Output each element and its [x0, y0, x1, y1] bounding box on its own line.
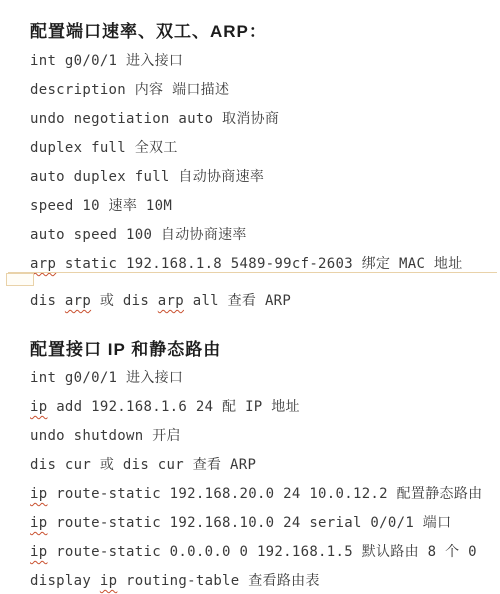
command-line: int g0/0/1 进入接口: [30, 47, 498, 76]
command-text: speed 10 速率 10M: [30, 198, 172, 214]
command-line: dis arp 或 dis arp all 查看 ARP: [30, 287, 498, 316]
command-text: display: [30, 573, 100, 589]
empty-cell-artifact: [6, 273, 34, 286]
misspelled-word: arp: [158, 293, 184, 309]
command-text: auto duplex full 自动协商速率: [30, 169, 264, 185]
command-text: auto speed 100 自动协商速率: [30, 227, 247, 243]
command-line: auto speed 100 自动协商速率: [30, 221, 498, 250]
command-line: ip route-static 192.168.10.0 24 serial 0…: [30, 509, 498, 538]
command-line: arp static 192.168.1.8 5489-99cf-2603 绑定…: [30, 250, 498, 279]
command-line: ip route-static 192.168.20.0 24 10.0.12.…: [30, 480, 498, 509]
command-line: description 内容 端口描述: [30, 76, 498, 105]
misspelled-word: ip: [30, 486, 47, 502]
command-text: route-static 192.168.10.0 24 serial 0/0/…: [47, 515, 451, 531]
command-text: static 192.168.1.8 5489-99cf-2603 绑定 MAC…: [56, 256, 462, 272]
section-port-config: 配置端口速率、双工、ARP： int g0/0/1 进入接口descriptio…: [30, 22, 498, 316]
section-ip-static-route: 配置接口 IP 和静态路由 int g0/0/1 进入接口ip add 192.…: [30, 340, 498, 594]
command-text: dis cur 或 dis cur 查看 ARP: [30, 457, 256, 473]
section-heading: 配置接口 IP 和静态路由: [30, 340, 498, 360]
command-list: int g0/0/1 进入接口ip add 192.168.1.6 24 配 I…: [30, 364, 498, 594]
command-text: route-static 0.0.0.0 0 192.168.1.5 默认路由 …: [47, 544, 476, 560]
document-page: 配置端口速率、双工、ARP： int g0/0/1 进入接口descriptio…: [0, 22, 500, 594]
command-line: dis cur 或 dis cur 查看 ARP: [30, 451, 498, 480]
command-text: route-static 192.168.20.0 24 10.0.12.2 配…: [47, 486, 482, 502]
command-line: int g0/0/1 进入接口: [30, 364, 498, 393]
command-line: undo shutdown 开启: [30, 422, 498, 451]
command-text: undo negotiation auto 取消协商: [30, 111, 279, 127]
command-line: undo negotiation auto 取消协商: [30, 105, 498, 134]
command-text: dis: [30, 293, 65, 309]
command-line: duplex full 全双工: [30, 134, 498, 163]
misspelled-word: ip: [30, 544, 47, 560]
command-text: int g0/0/1 进入接口: [30, 370, 183, 386]
command-text: routing-table 查看路由表: [117, 573, 319, 589]
misspelled-word: ip: [30, 399, 47, 415]
command-text: all 查看 ARP: [184, 293, 291, 309]
command-line: ip add 192.168.1.6 24 配 IP 地址: [30, 393, 498, 422]
command-text: undo shutdown 开启: [30, 428, 181, 444]
command-text: int g0/0/1 进入接口: [30, 53, 183, 69]
section-heading: 配置端口速率、双工、ARP：: [30, 22, 498, 42]
command-text: 或 dis: [91, 293, 158, 309]
divider-line: [8, 272, 497, 273]
command-line: speed 10 速率 10M: [30, 192, 498, 221]
misspelled-word: arp: [30, 256, 56, 272]
misspelled-word: ip: [100, 573, 117, 589]
command-text: add 192.168.1.6 24 配 IP 地址: [47, 399, 299, 415]
misspelled-word: ip: [30, 515, 47, 531]
misspelled-word: arp: [65, 293, 91, 309]
command-line: auto duplex full 自动协商速率: [30, 163, 498, 192]
command-text: duplex full 全双工: [30, 140, 178, 156]
command-line: ip route-static 0.0.0.0 0 192.168.1.5 默认…: [30, 538, 498, 567]
command-list: int g0/0/1 进入接口description 内容 端口描述undo n…: [30, 47, 498, 316]
command-line: display ip routing-table 查看路由表: [30, 567, 498, 594]
command-text: description 内容 端口描述: [30, 82, 229, 98]
